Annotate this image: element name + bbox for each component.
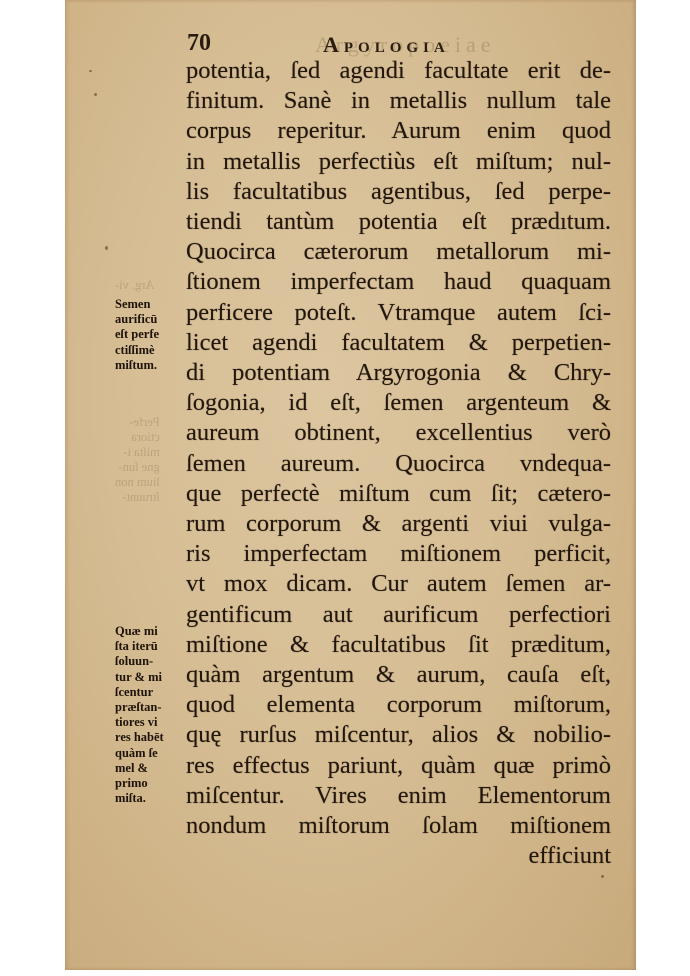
margin-note-line: aurificū [115, 312, 159, 327]
text-line: gentificum aut aurificum perfectiori [186, 600, 611, 630]
text-line: ſogonia, id eſt, ſemen argenteum & [186, 388, 611, 418]
text-line: perficere poteſt. Vtramque autem ſci- [186, 298, 611, 328]
margin-note-line: ſoluun- [115, 654, 164, 669]
text-line: quę rurſus miſcentur, alios & nobilio- [186, 720, 611, 750]
margin-note-line: ſta iterū [115, 639, 164, 654]
paper-speck [601, 875, 604, 878]
paper-speck [105, 246, 108, 250]
text-line: corpus reperitur. Aurum enim quod [186, 116, 611, 146]
text-line: licet agendi facultatem & perpetien- [186, 328, 611, 358]
margin-note-line: ctiſſimè [115, 343, 159, 358]
margin-note-line: miſta. [115, 791, 164, 806]
text-line: di potentiam Argyrogonia & Chry- [186, 358, 611, 388]
margin-note-line: tiores vi [115, 715, 164, 730]
margin-note-line: miſtum. [115, 358, 159, 373]
margin-note-line: mel & [115, 761, 164, 776]
text-line: tiendi tantùm potentia eſt prædıtum. [186, 207, 611, 237]
text-line: que perfectè miſtum cum ſit; cætero- [186, 479, 611, 509]
catchword: efficiunt [186, 841, 611, 871]
bleedthrough-margin-note-middle: Perfe- ctiora miſta i- gne ſun- lium non… [115, 415, 160, 505]
margin-note-line: res habēt [115, 730, 164, 745]
book-page: Argyropoeiae 70 Apologia potentia, ſed a… [65, 0, 636, 970]
text-line: lis facultatibus agentibus, ſed perpe- [186, 177, 611, 207]
text-line: nondum miſtorum ſolam miſtionem [186, 811, 611, 841]
margin-note-line: eſt perfe [115, 327, 159, 342]
page-header: 70 Apologia [187, 30, 547, 58]
margin-note-quae-mista: Quæ mi ſta iterū ſoluun- tur & mi ſcentu… [115, 624, 164, 806]
margin-note-line: quàm ſe [115, 746, 164, 761]
text-line: miſtione & facultatibus ſit præditum, [186, 630, 611, 660]
page-number: 70 [187, 30, 211, 57]
running-title: Apologia [323, 32, 450, 58]
margin-note-line: Semen [115, 297, 159, 312]
text-line: quod elementa corporum miſtorum, [186, 690, 611, 720]
text-line: aureum obtinent, excellentius verò [186, 418, 611, 448]
text-line: rum corporum & argenti viui vulga- [186, 509, 611, 539]
text-line: Quocirca cæterorum metallorum mi- [186, 237, 611, 267]
text-line: quàm argentum & aurum, cauſa eſt, [186, 660, 611, 690]
text-line: vt mox dicam. Cur autem ſemen ar- [186, 569, 611, 599]
text-line: potentia, ſed agendi facultate erit de- [186, 56, 611, 86]
margin-note-line: ſcentur [115, 685, 164, 700]
paper-speck [94, 93, 97, 96]
bleedthrough-margin-note-upper: Arg. vi- [115, 278, 154, 293]
margin-note-line: Quæ mi [115, 624, 164, 639]
paper-speck [89, 70, 92, 72]
margin-note-line: præſtan- [115, 700, 164, 715]
text-line: in metallis perfectiùs eſt miſtum; nul- [186, 147, 611, 177]
main-text-block: potentia, ſed agendi facultate erit de- … [186, 56, 611, 871]
margin-note-line: primo [115, 776, 164, 791]
text-line: miſcentur. Vires enim Elementorum [186, 781, 611, 811]
text-line: ris imperfectam miſtionem perficit, [186, 539, 611, 569]
margin-note-line: tur & mi [115, 670, 164, 685]
margin-note-semen-aurificum: Semen aurificū eſt perfe ctiſſimè miſtum… [115, 297, 159, 373]
text-line: res effectus pariunt, quàm quæ primò [186, 751, 611, 781]
text-line: ſemen aureum. Quocirca vndequa- [186, 449, 611, 479]
text-line: finitum. Sanè in metallis nullum tale [186, 86, 611, 116]
text-line: ſtionem imperfectam haud quaquam [186, 267, 611, 297]
